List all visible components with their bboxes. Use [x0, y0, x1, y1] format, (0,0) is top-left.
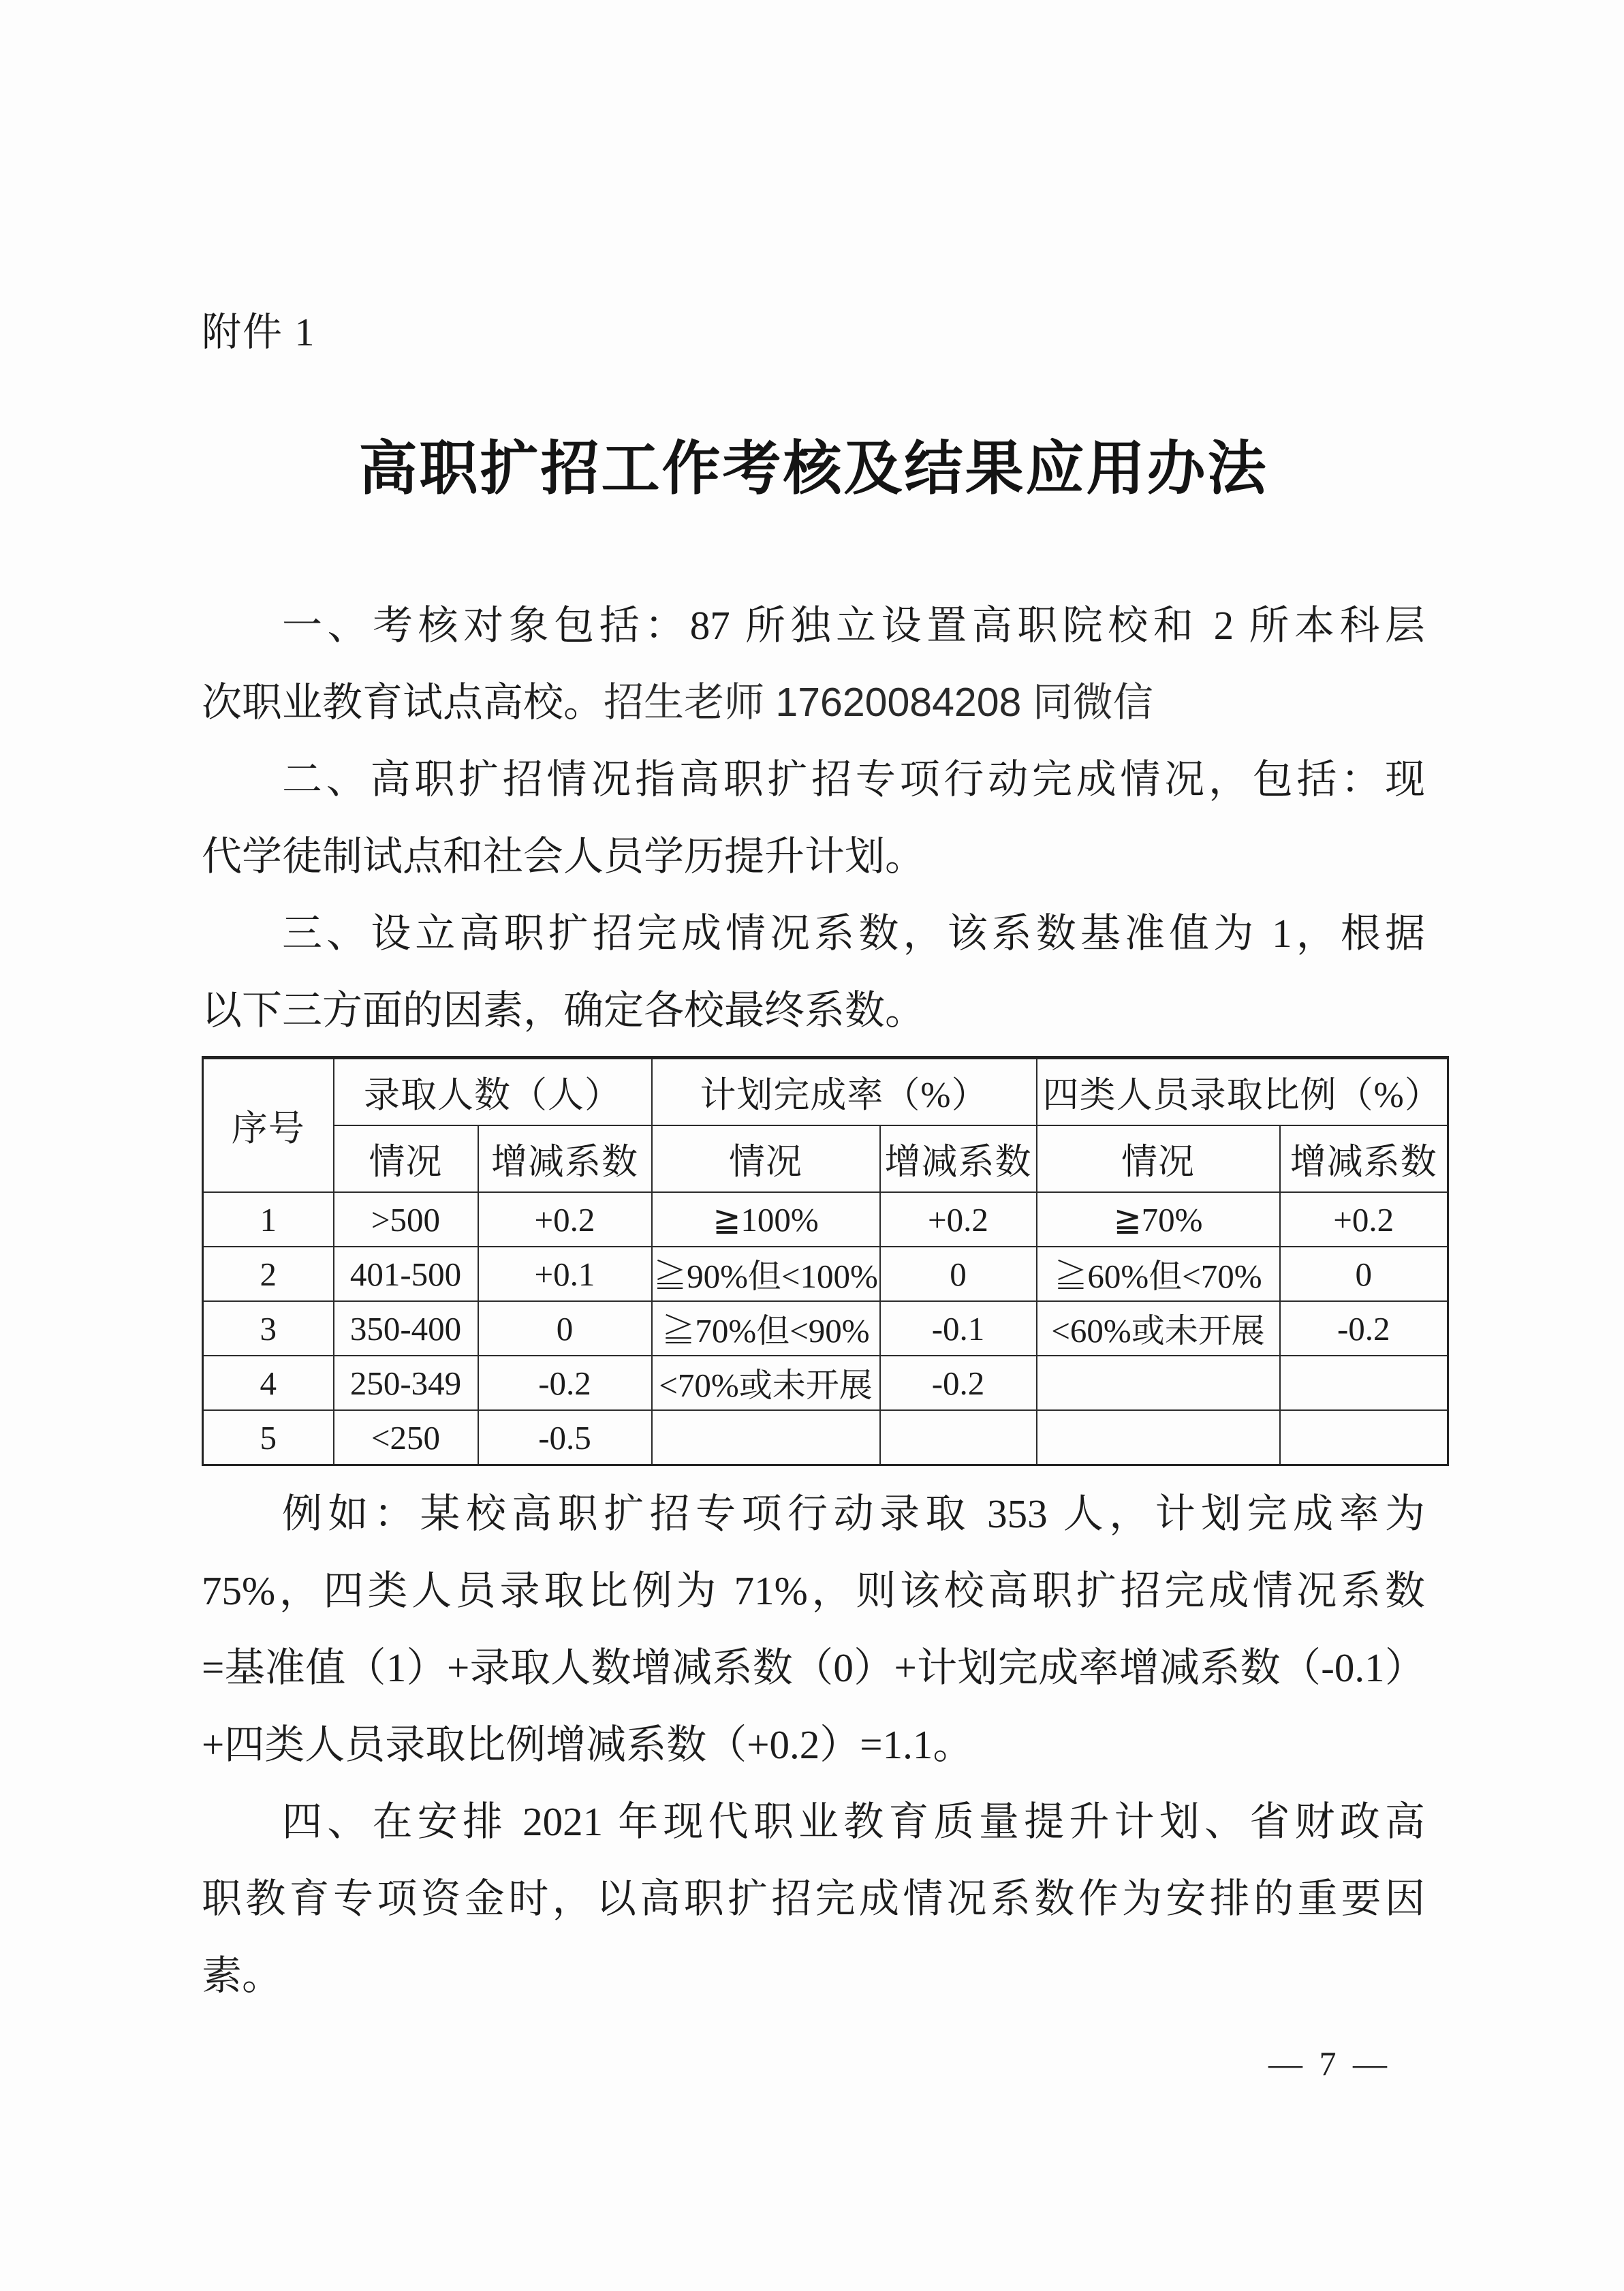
cell-four [1037, 1356, 1280, 1410]
cell-no: 2 [203, 1247, 334, 1301]
cell-admit-coef: -0.5 [478, 1410, 652, 1465]
document-page: 附件 1 高职扩招工作考核及结果应用办法 一、考核对象包括：87 所独立设置高职… [0, 0, 1624, 2291]
cell-four-coef: +0.2 [1280, 1192, 1448, 1247]
cell-four-coef: -0.2 [1280, 1301, 1448, 1356]
cell-plan: <70%或未开展 [652, 1356, 880, 1410]
cell-admit: 250-349 [334, 1356, 478, 1410]
table-row: 5 <250 -0.5 [203, 1410, 1448, 1465]
cell-four: ≧70% [1037, 1192, 1280, 1247]
table-row: 1 >500 +0.2 ≧100% +0.2 ≧70% +0.2 [203, 1192, 1448, 1247]
cell-admit-coef: 0 [478, 1301, 652, 1356]
cell-plan: ≧90%但<100% [652, 1247, 880, 1301]
cell-no: 3 [203, 1301, 334, 1356]
cell-four-coef [1280, 1356, 1448, 1410]
example-line3: =基准值（1）+录取人数增减系数（0）+计划完成率增减系数（-0.1） [202, 1630, 1425, 1706]
cell-admit-coef: +0.2 [478, 1192, 652, 1247]
cell-plan-coef: 0 [880, 1247, 1037, 1301]
header-admit-situation: 情况 [334, 1125, 478, 1192]
header-no: 序号 [203, 1058, 334, 1193]
para2-line1: 二、高职扩招情况指高职扩招专项行动完成情况，包括：现 [202, 741, 1425, 818]
para3-line2: 以下三方面的因素，确定各校最终系数。 [202, 972, 1425, 1049]
page-number: — 7 — [1268, 2044, 1391, 2083]
document-body: 一、考核对象包括：87 所独立设置高职院校和 2 所本科层 次职业教育试点高校。… [202, 587, 1425, 2014]
cell-plan-coef: -0.1 [880, 1301, 1037, 1356]
para3-line1: 三、设立高职扩招完成情况系数，该系数基准值为 1，根据 [202, 895, 1425, 972]
header-admit-coef: 增减系数 [478, 1125, 652, 1192]
cell-no: 4 [203, 1356, 334, 1410]
cell-four-coef [1280, 1410, 1448, 1465]
example-line1: 例如：某校高职扩招专项行动录取 353 人，计划完成率为 [202, 1476, 1425, 1553]
cell-four: ≧60%但<70% [1037, 1247, 1280, 1301]
header-four-situation: 情况 [1037, 1125, 1280, 1192]
header-plan-situation: 情况 [652, 1125, 880, 1192]
table-row: 2 401-500 +0.1 ≧90%但<100% 0 ≧60%但<70% 0 [203, 1247, 1448, 1301]
table-row: 4 250-349 -0.2 <70%或未开展 -0.2 [203, 1356, 1448, 1410]
cell-admit: 350-400 [334, 1301, 478, 1356]
cell-four [1037, 1410, 1280, 1465]
header-plan-coef: 增减系数 [880, 1125, 1037, 1192]
para2-line2: 代学徒制试点和社会人员学历提升计划。 [202, 818, 1425, 895]
cell-plan [652, 1410, 880, 1465]
cell-admit-coef: +0.1 [478, 1247, 652, 1301]
cell-no: 5 [203, 1410, 334, 1465]
example-line2: 75%，四类人员录取比例为 71%，则该校高职扩招完成情况系数 [202, 1553, 1425, 1630]
coefficient-table: 序号 录取人数（人） 计划完成率（%） 四类人员录取比例（%） 情况 增减系数 … [202, 1056, 1449, 1466]
para4-line2: 职教育专项资金时，以高职扩招完成情况系数作为安排的重要因 [202, 1860, 1425, 1937]
header-admit-group: 录取人数（人） [334, 1058, 652, 1126]
para1-line2: 次职业教育试点高校。招生老师 17620084208 同微信 [202, 664, 1425, 741]
table-header-row-groups: 序号 录取人数（人） 计划完成率（%） 四类人员录取比例（%） [203, 1058, 1448, 1126]
cell-admit: <250 [334, 1410, 478, 1465]
cell-four-coef: 0 [1280, 1247, 1448, 1301]
para4-line1: 四、在安排 2021 年现代职业教育质量提升计划、省财政高 [202, 1783, 1425, 1860]
para1-line2-text: 次职业教育试点高校。 [202, 680, 604, 725]
header-four-coef: 增减系数 [1280, 1125, 1448, 1192]
example-line4: +四类人员录取比例增减系数（+0.2）=1.1。 [202, 1706, 1425, 1783]
cell-plan: ≧100% [652, 1192, 880, 1247]
coefficient-table-header: 序号 录取人数（人） 计划完成率（%） 四类人员录取比例（%） 情况 增减系数 … [203, 1058, 1448, 1193]
cell-no: 1 [203, 1192, 334, 1247]
table-header-row-sub: 情况 增减系数 情况 增减系数 情况 增减系数 [203, 1125, 1448, 1192]
header-four-group: 四类人员录取比例（%） [1037, 1058, 1448, 1126]
recruiter-contact-text: 招生老师 17620084208 同微信 [604, 680, 1153, 725]
document-title: 高职扩招工作考核及结果应用办法 [202, 433, 1425, 504]
cell-admit-coef: -0.2 [478, 1356, 652, 1410]
para4-line3: 素。 [202, 1937, 1425, 2014]
cell-plan-coef: -0.2 [880, 1356, 1037, 1410]
cell-admit: >500 [334, 1192, 478, 1247]
attachment-label: 附件 1 [202, 308, 316, 357]
header-plan-group: 计划完成率（%） [652, 1058, 1037, 1126]
cell-four: <60%或未开展 [1037, 1301, 1280, 1356]
cell-plan-coef [880, 1410, 1037, 1465]
table-row: 3 350-400 0 ≧70%但<90% -0.1 <60%或未开展 -0.2 [203, 1301, 1448, 1356]
cell-plan: ≧70%但<90% [652, 1301, 880, 1356]
para1-line1: 一、考核对象包括：87 所独立设置高职院校和 2 所本科层 [202, 587, 1425, 664]
cell-admit: 401-500 [334, 1247, 478, 1301]
cell-plan-coef: +0.2 [880, 1192, 1037, 1247]
